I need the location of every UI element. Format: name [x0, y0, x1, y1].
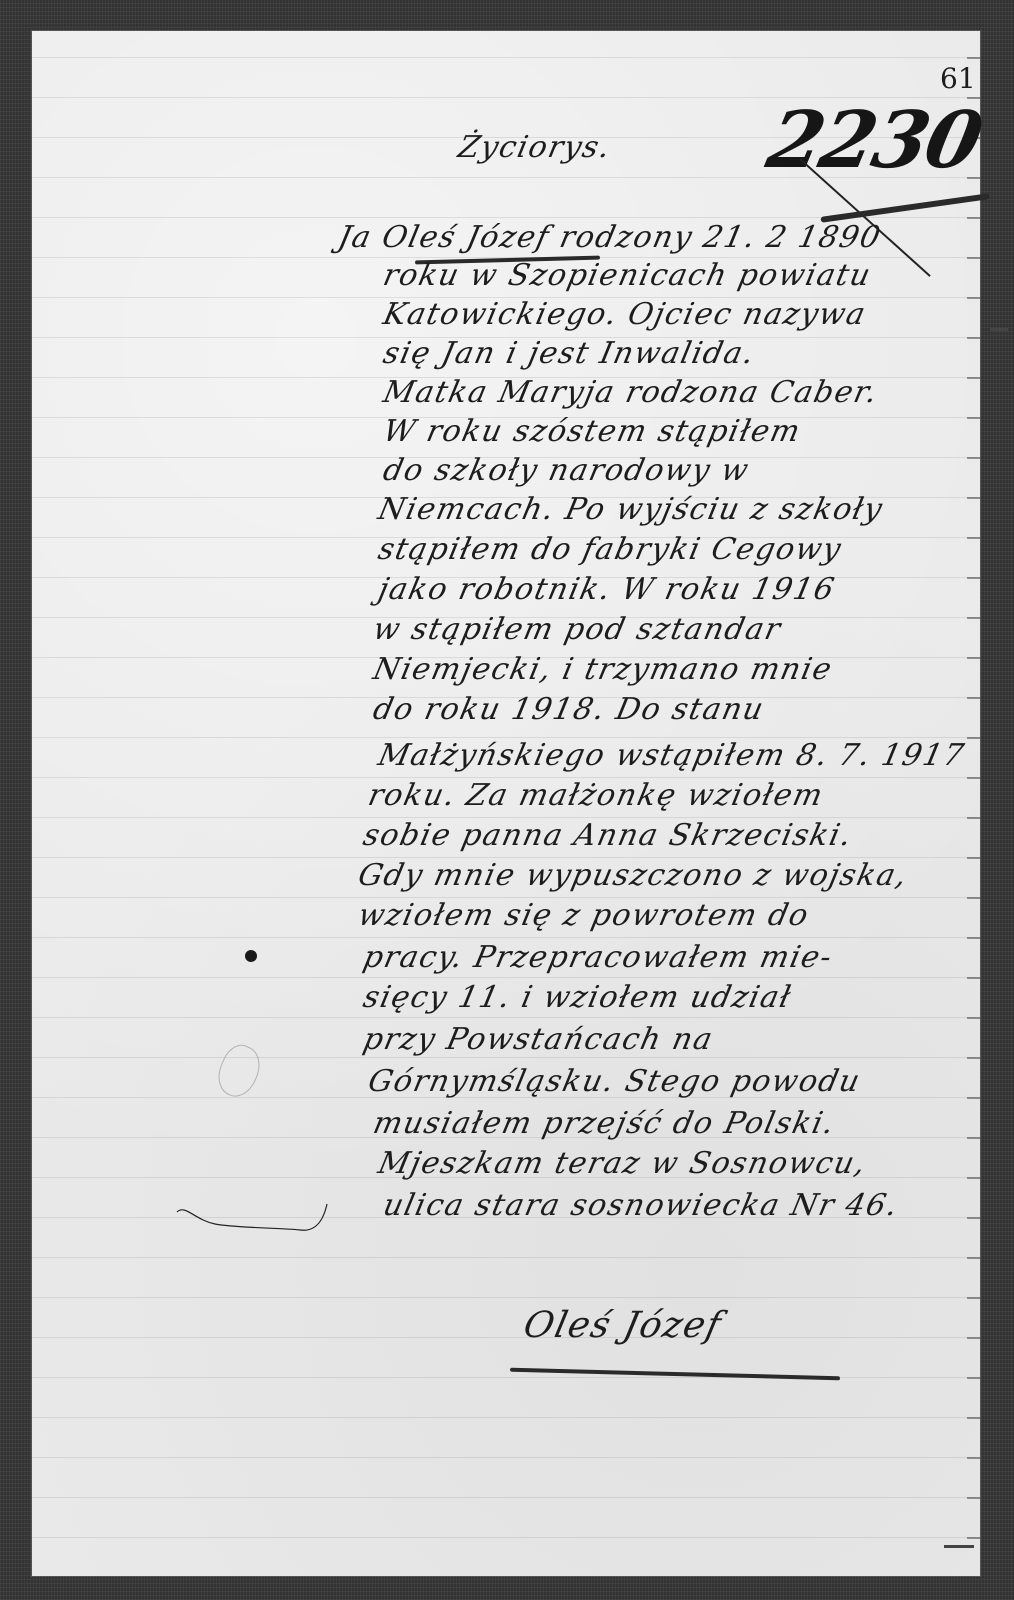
text-line: Niemjecki, i trzymano mnie	[370, 652, 836, 687]
text-line: Niemcach. Po wyjściu z szkoły	[375, 492, 886, 527]
text-line: ulica stara sosnowiecka Nr 46.	[380, 1188, 902, 1223]
scanned-document: 61 2230 Życiorys. Ja Oleś Józef rodzony …	[0, 0, 1014, 1600]
text-line: do szkoły narodowy w	[380, 453, 753, 488]
margin-tick	[944, 1545, 974, 1548]
text-line: wziołem się z powrotem do	[355, 898, 813, 933]
text-line: Matka Maryja rodzona Caber.	[380, 375, 881, 410]
text-line: pracy. Przepracowałem mie-	[360, 940, 836, 975]
text-line: do roku 1918. Do stanu	[370, 692, 768, 727]
text-line: stąpiłem do fabryki Cegowy	[375, 532, 845, 567]
text-line: roku. Za małżonkę wziołem	[365, 778, 827, 813]
text-line: jako robotnik. W roku 1916	[375, 572, 838, 607]
text-line: Ja Oleś Józef rodzony 21. 2 1890	[335, 220, 885, 255]
text-line: musiałem przejść do Polski.	[370, 1106, 838, 1141]
ink-blot	[245, 950, 257, 962]
text-line: w stąpiłem pod sztandar	[370, 612, 785, 647]
page-number: 61	[940, 62, 976, 95]
text-line: Mjeszkam teraz w Sosnowcu,	[375, 1146, 870, 1181]
text-line: Górnymśląsku. Stego powodu	[365, 1064, 864, 1099]
margin-tick	[990, 328, 1008, 331]
archive-number: 2230	[760, 95, 988, 186]
text-line: sięcy 11. i wziołem udział	[360, 980, 795, 1015]
text-line: się Jan i jest Inwalida.	[380, 336, 758, 371]
text-line: sobie panna Anna Skrzeciski.	[360, 818, 856, 853]
text-line: przy Powstańcach na	[360, 1022, 717, 1057]
pencil-curve-mark	[175, 1200, 335, 1240]
text-line: Katowickiego. Ojciec nazywa	[380, 297, 870, 332]
text-line: Małżyńskiego wstąpiłem 8. 7. 1917	[375, 738, 968, 773]
signature: Oleś Józef	[520, 1305, 726, 1346]
right-margin-ruling	[967, 30, 981, 1577]
text-line: Gdy mnie wypuszczono z wojska,	[355, 858, 911, 893]
text-line: W roku szóstem stąpiłem	[380, 414, 804, 449]
text-line: roku w Szopienicach powiatu	[380, 258, 875, 293]
document-title: Życiorys.	[455, 130, 614, 165]
